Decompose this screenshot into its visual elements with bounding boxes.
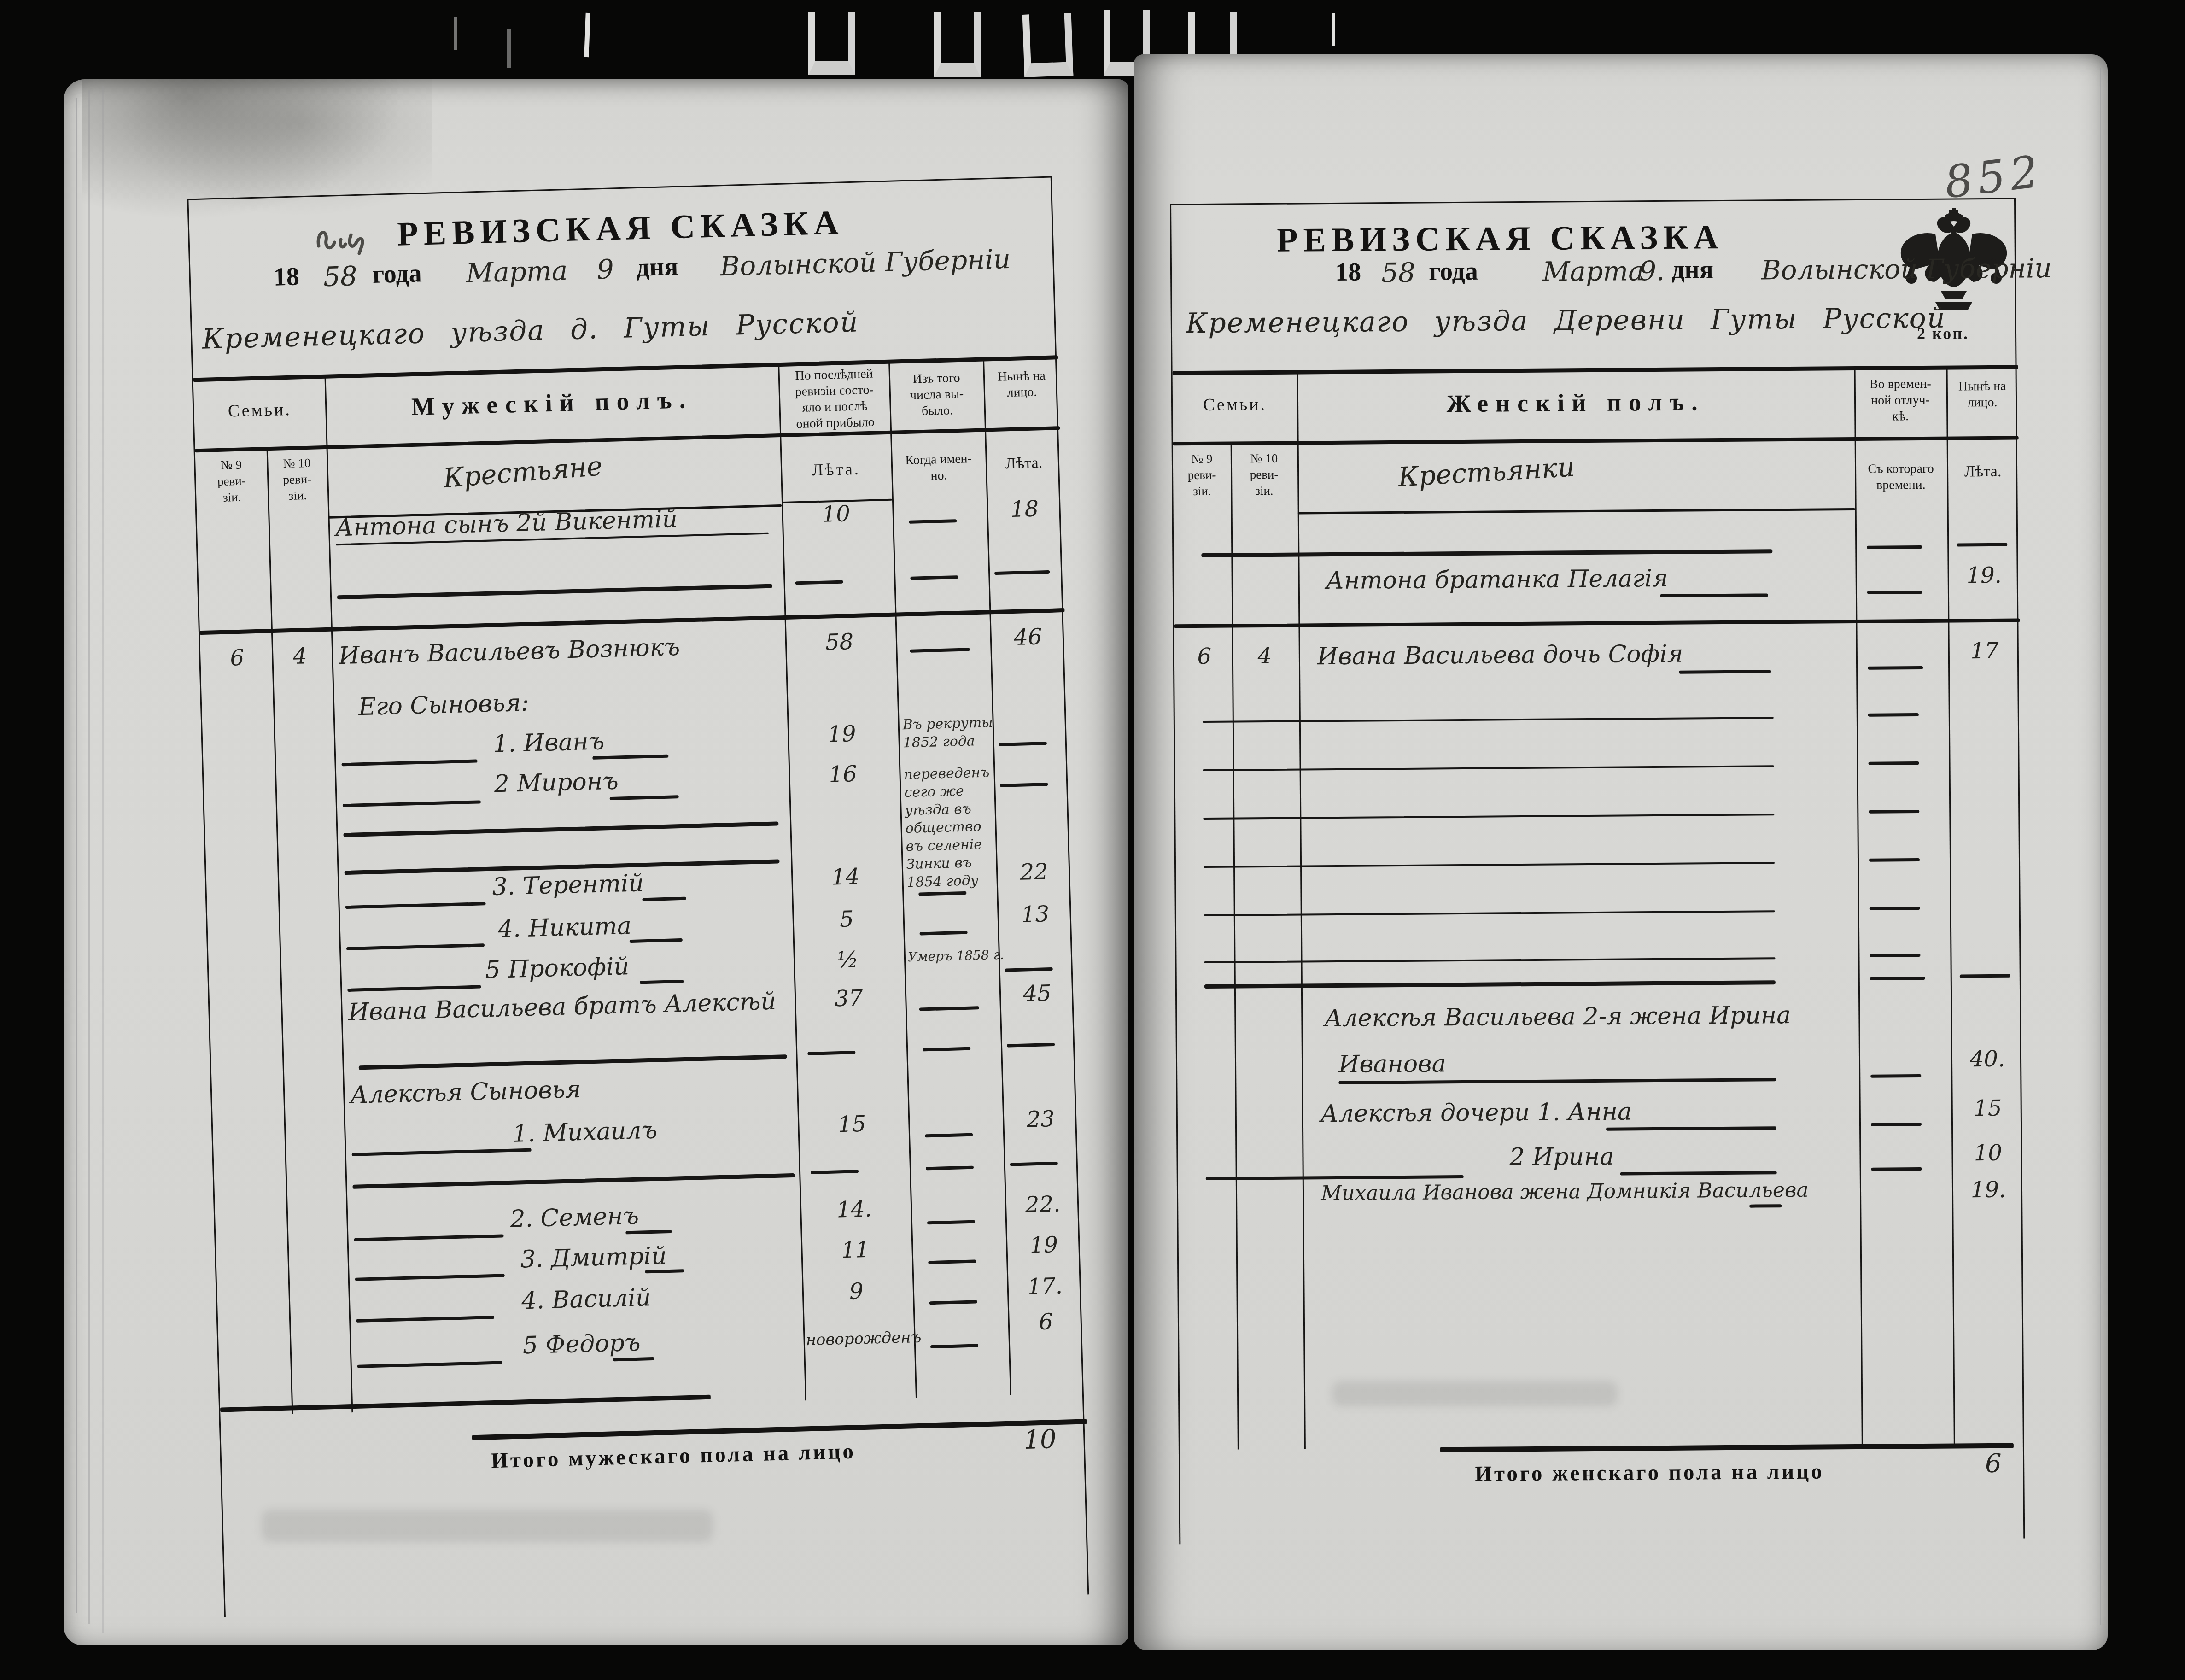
ink-dash [919, 1006, 979, 1011]
page-edge [2100, 68, 2101, 1625]
film-tick-icon [584, 13, 590, 57]
ink-line [1204, 980, 1776, 989]
table-row: Алексѣя Васильева 2-я жена Ирина [1177, 1000, 2020, 1052]
ink-line [1204, 957, 1776, 963]
person-name: Алексѣя дочери 1. Анна [1311, 1096, 1855, 1128]
ink-dash [926, 1166, 974, 1171]
table-row: Антона сынъ 2й Викентій 10 18 [197, 495, 1060, 564]
empty-ruled-row [1175, 780, 2019, 832]
ink-dash [920, 931, 968, 936]
ink-line [1204, 910, 1775, 916]
hw-day: 9. [1639, 255, 1665, 287]
film-tick-icon [507, 29, 511, 68]
family-no-10th: 4 [275, 643, 325, 670]
ink-line [1749, 1204, 1782, 1207]
table-rule [1173, 365, 2018, 375]
age-now: 15 [1955, 1095, 2021, 1122]
ink-line [645, 1269, 684, 1273]
person-name: Алексѣя Васильева 2-я жена Ирина [1310, 1001, 1854, 1032]
film-tick-icon [454, 17, 457, 50]
printed-year-word: года [1429, 257, 1478, 287]
hw-month: Марта [1542, 255, 1644, 287]
age-now: 19 [1009, 1231, 1079, 1259]
age-previous: 14 [794, 863, 898, 891]
left-form: РЕВИЗСКАЯ СКАЗКА 18 58 года Марта 9 дня … [187, 176, 1089, 1617]
table-bottom-rule [220, 1395, 711, 1412]
subheader-revision9: № 9 реви- зіи. [195, 456, 268, 506]
ink-line [359, 1054, 787, 1070]
age-now: 19. [1956, 1177, 2021, 1203]
ink-line [343, 821, 778, 837]
age-previous: 58 [787, 628, 891, 656]
ink-line [610, 795, 679, 800]
age-now: 17 [1952, 638, 2017, 664]
ink-dash [1870, 977, 1925, 980]
ink-dash [1870, 907, 1920, 910]
footer-rule [1440, 1443, 2014, 1452]
person-name: Иванова [1311, 1047, 1854, 1078]
printed-year-word: года [372, 258, 422, 289]
page-stack-edge [88, 90, 90, 1624]
age-now: 10 [1955, 1140, 2021, 1166]
subheader-years: Лѣта. [1948, 463, 2018, 481]
age-previous: 9 [804, 1277, 908, 1305]
family-no-9th: 6 [1182, 644, 1227, 670]
ink-dash [923, 1047, 970, 1052]
table-row: Антона братанка Пелагія 19. [1174, 562, 2017, 615]
female-total-value: 6 [1985, 1449, 2002, 1479]
ink-dash [1870, 1074, 1921, 1078]
printed-day-word: дня [636, 252, 679, 282]
date-line: 18 58 года Марта 9. дня Волынской Губерн… [1172, 253, 2015, 300]
hw-category: Крестьянки [1325, 447, 1648, 497]
age-now: 18 [990, 495, 1059, 523]
ink-dash [927, 1220, 975, 1225]
male-total-label: Итого мужескаго пола на лицо [491, 1439, 856, 1474]
age-previous: 10 [784, 500, 888, 528]
subheader-when-exactly: Когда имен- но. [892, 450, 986, 485]
col-header-male-sex: Мужескій полъ. [325, 383, 779, 423]
place-line: Кременецкаго уѣзда Деревни Гуты Русской [1186, 302, 1946, 340]
film-frame-mark-icon [934, 12, 981, 77]
col-header-departed: Изъ того числа вы- было. [890, 369, 984, 420]
hw-day: 9 [596, 253, 614, 285]
ink-dash [909, 519, 957, 524]
age-now: 45 [1002, 980, 1072, 1007]
printed-year-prefix: 18 [1335, 258, 1361, 287]
subheader-years-now: Лѣта. [987, 454, 1061, 473]
ink-dash [1005, 967, 1053, 972]
age-now: 13 [1000, 901, 1070, 928]
empty-ruled-row [1175, 732, 2018, 784]
age-previous: 19 [790, 720, 894, 749]
male-total-value: 10 [1023, 1424, 1057, 1455]
hw-category: Крестьяне [361, 444, 685, 500]
hw-province: Волынской Губерніи [720, 243, 1011, 282]
col-header-female-sex: Женскій полъ. [1297, 386, 1854, 419]
person-name: 2 Ирина [1311, 1141, 1855, 1172]
ink-dash [1000, 783, 1048, 787]
female-total-label: Итого женскаго пола на лицо [1475, 1459, 1824, 1487]
age-previous: 16 [791, 760, 895, 789]
ink-dash [807, 1051, 855, 1055]
age-previous: 11 [803, 1235, 907, 1264]
table-row: Михаила Иванова жена Домникія Васильева … [1178, 1177, 2021, 1229]
subheader-years-prev: Лѣта. [781, 458, 892, 480]
empty-ruled-row [1174, 683, 2018, 735]
page-stack-edge [102, 86, 104, 1633]
person-name: Михаила Иванова жена Домникія Васильева [1312, 1178, 1855, 1205]
table-row: Иванова 40. [1177, 1046, 2021, 1098]
ink-dash [910, 648, 970, 652]
ink-dash [1871, 1123, 1922, 1126]
person-name: Антона сынъ 2й Викентій [335, 503, 777, 542]
hw-month: Марта [466, 255, 568, 289]
subheader-revision10: № 10 реви- зіи. [267, 455, 328, 504]
ink-dash [994, 570, 1050, 575]
col-header-now-present: Нынѣ на лицо. [985, 367, 1059, 401]
sons-heading: Его Сыновья: [340, 682, 783, 721]
ink-dash [1869, 858, 1920, 862]
ink-line [625, 1230, 672, 1235]
ink-line [1203, 765, 1774, 771]
ink-dash [1869, 761, 1919, 765]
note-transfer: переведенъ сего же уѣзда въ общество въ … [904, 763, 999, 891]
ink-dash [928, 1260, 976, 1264]
ink-line [592, 755, 668, 760]
ink-line [337, 584, 772, 600]
hw-province: Волынской Губерніи [1761, 252, 2052, 286]
ink-dash [1868, 666, 1923, 670]
ink-line [642, 897, 686, 901]
ink-dash [1868, 713, 1919, 717]
page-stack-edge [76, 98, 77, 1613]
film-tick-icon [1332, 13, 1335, 46]
age-previous: 14. [802, 1195, 906, 1223]
ink-dash [1010, 1162, 1058, 1166]
table-row: Алексѣя дочери 1. Анна 15 [1178, 1095, 2021, 1147]
ink-dash [795, 580, 843, 585]
age-now: 46 [993, 623, 1063, 651]
printed-day-word: дня [1671, 255, 1713, 285]
age-previous: 37 [797, 984, 901, 1013]
ink-line [1203, 814, 1774, 820]
age-previous: 15 [800, 1110, 904, 1139]
left-page: РЕВИЗСКАЯ СКАЗКА 18 58 года Марта 9 дня … [64, 79, 1128, 1645]
col-header-family: Семьи. [1173, 394, 1297, 415]
ink-dash [1007, 1043, 1055, 1048]
col-header-now-present: Нынѣ на лицо. [1947, 378, 2017, 411]
age-now: 22. [1008, 1191, 1077, 1218]
person-name: Ивана Васильева дочь Софія [1308, 639, 1852, 670]
col-header-previous-revision: По послѣдней ревизіи состо- яло и послѣ … [779, 365, 890, 433]
subheader-revision10: № 10 реви- зіи. [1231, 450, 1298, 499]
table-rule [1173, 436, 2019, 446]
subheader-since-when: Съ котораго времени. [1856, 461, 1946, 493]
age-previous: новорожденъ [806, 1328, 910, 1349]
ink-line [352, 1173, 795, 1189]
ink-dash [811, 1170, 859, 1174]
family-separator-rule [1174, 619, 2020, 628]
col-header-temporary-absence: Во времен- ной отлуч- кѣ. [1855, 376, 1946, 425]
empty-ruled-row [1176, 828, 2019, 880]
ink-line [1201, 549, 1772, 557]
right-form: РЕВИЗСКАЯ СКАЗКА 18 58 года Марта 9. дня… [1170, 198, 2025, 1545]
filler-row [199, 559, 1062, 627]
ink-line [1679, 670, 1771, 673]
age-previous: ½ [795, 946, 900, 974]
ink-line [613, 1357, 654, 1361]
hw-year: 58 [1381, 257, 1415, 289]
person-name: Антона братанка Пелагія [1308, 563, 1851, 595]
place-line: Кременецкаго уѣзда д. Гуты Русской [202, 306, 859, 356]
age-now: 17. [1010, 1273, 1080, 1300]
ink-dash [1870, 954, 1920, 957]
ink-dash [1867, 545, 1922, 549]
right-page: 852 2 коп. РЕВИЗСКАЯ СКАЗКА 18 58 года М… [1134, 54, 2108, 1650]
film-frame-mark-icon [1022, 13, 1074, 77]
ink-dash [1867, 591, 1922, 594]
subheader-revision9: № 9 реви- зіи. [1173, 451, 1231, 500]
age-now: 19. [1951, 562, 2017, 589]
ink-dash [1869, 810, 1919, 814]
age-now: 40. [1955, 1046, 2020, 1072]
age-now: 23 [1006, 1106, 1075, 1133]
empty-ruled-row [1176, 877, 2019, 929]
ink-line [1206, 1175, 1464, 1180]
ink-dash [1957, 543, 2007, 547]
age-now: 22 [999, 858, 1069, 886]
ink-line [1204, 862, 1775, 868]
age-now: 6 [1011, 1308, 1081, 1336]
hw-year: 58 [323, 260, 358, 293]
ink-line [640, 980, 684, 984]
footer-rule [472, 1419, 1087, 1440]
family-no-9th: 6 [210, 644, 264, 672]
ink-dash [999, 742, 1047, 746]
table-rule [1298, 508, 1855, 514]
ink-line [1203, 717, 1774, 723]
ink-line [1606, 1126, 1776, 1131]
person-name: Иванъ Васильевъ Вознюкъ [339, 631, 781, 670]
note-recruit: Въ рекруты 1852 года [902, 714, 995, 752]
ink-line [1660, 593, 1768, 597]
film-frame-mark-icon [808, 12, 855, 75]
family-no-10th: 4 [1235, 643, 1294, 669]
ink-dash [929, 1300, 977, 1305]
ink-dash [910, 575, 958, 580]
ink-dash [925, 1133, 973, 1138]
ink-dash [918, 891, 966, 896]
ink-line [1338, 1078, 1776, 1084]
ink-dash [1871, 1167, 1922, 1171]
note-died: Умеръ 1858 г. [907, 946, 1000, 966]
ink-dash [1960, 974, 2010, 978]
table-row: 6 4 Ивана Васильева дочь Софія 17 [1174, 638, 2018, 690]
age-previous: 5 [795, 905, 899, 934]
printed-year-prefix: 18 [273, 262, 300, 292]
ink-dash [930, 1344, 978, 1348]
col-header-family: Семьи. [194, 398, 326, 422]
ink-line [1620, 1171, 1777, 1175]
